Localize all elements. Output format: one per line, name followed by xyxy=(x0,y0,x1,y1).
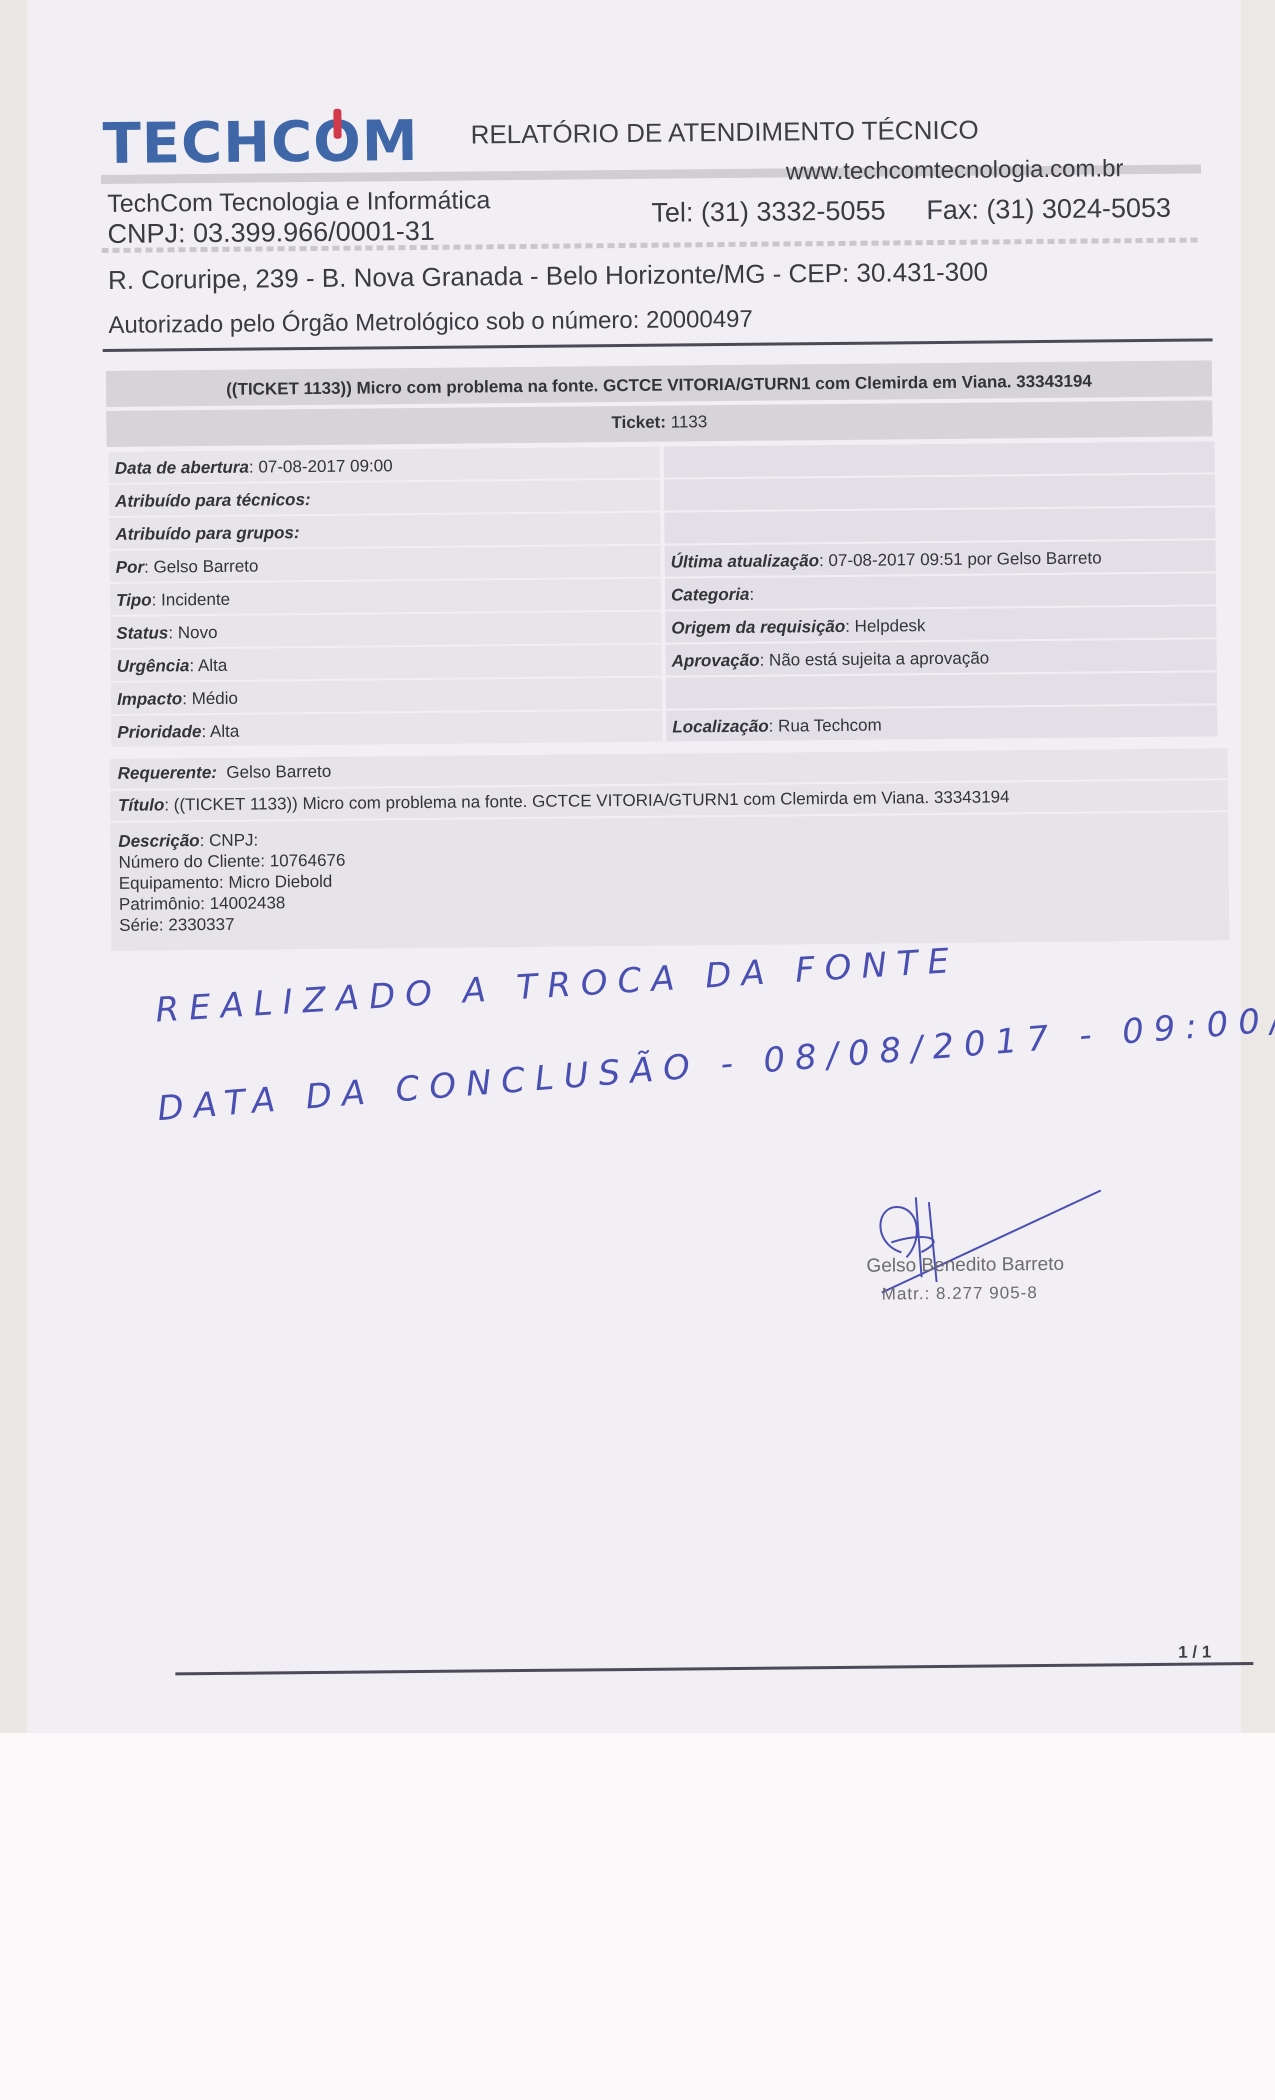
field-empty xyxy=(664,441,1215,477)
company-name: TechCom Tecnologia e Informática xyxy=(107,186,490,219)
fax: Fax: (31) 3024-5053 xyxy=(926,193,1171,226)
metrology-authorization: Autorizado pelo Órgão Metrológico sob o … xyxy=(108,306,753,340)
field-aprovacao: Aprovação: Não está sujeita a aprovação xyxy=(666,639,1217,675)
techcom-logo: TECHCOM xyxy=(102,114,418,173)
company-address: R. Coruripe, 239 - B. Nova Granada - Bel… xyxy=(108,257,988,296)
power-icon: O xyxy=(313,115,362,171)
website: www.techcomtecnologia.com.br xyxy=(786,155,1124,186)
signature-stamp-registration: Matr.: 8.277 905-8 xyxy=(882,1283,1038,1304)
ticket-label: Ticket: xyxy=(611,413,666,433)
signature-stamp-name: Gelso Benedito Barreto xyxy=(866,1254,1064,1278)
field-atribuido-grupos: Atribuído para grupos: xyxy=(109,513,660,549)
field-localizacao: Localização: Rua Techcom xyxy=(666,705,1217,741)
field-atribuido-tecnicos: Atribuído para técnicos: xyxy=(109,480,660,516)
footer-rule xyxy=(175,1662,1253,1675)
field-empty xyxy=(664,507,1215,543)
field-por: Por: Gelso Barreto xyxy=(110,546,661,582)
scanned-page: TECHCOM RELATÓRIO DE ATENDIMENTO TÉCNICO… xyxy=(27,0,1241,1733)
phone: Tel: (31) 3332-5055 xyxy=(651,195,885,228)
handwritten-note-service: REALIZADO A TROCA DA FONTE xyxy=(154,941,960,1031)
report-title: RELATÓRIO DE ATENDIMENTO TÉCNICO xyxy=(470,115,978,151)
ticket-fields-grid: Data de abertura: 07-08-2017 09:00 Atrib… xyxy=(107,440,1220,748)
field-data-abertura: Data de abertura: 07-08-2017 09:00 xyxy=(109,447,660,483)
field-categoria: Categoria: xyxy=(665,573,1216,609)
field-origem-requisicao: Origem da requisição: Helpdesk xyxy=(665,606,1216,642)
field-empty xyxy=(666,672,1217,708)
field-descricao: Descrição: CNPJ: Número do Cliente: 1076… xyxy=(110,812,1229,951)
field-impacto: Impacto: Médio xyxy=(111,678,662,714)
field-tipo: Tipo: Incidente xyxy=(110,579,661,615)
page-number: 1 / 1 xyxy=(1178,1642,1211,1662)
field-empty xyxy=(664,474,1215,510)
field-prioridade: Prioridade: Alta xyxy=(111,711,662,747)
field-urgencia: Urgência: Alta xyxy=(111,645,662,681)
header-rule xyxy=(103,338,1213,352)
ticket-title-band: ((TICKET 1133)) Micro com problema na fo… xyxy=(106,360,1212,407)
field-status: Status: Novo xyxy=(110,612,661,648)
ticket-number-band: Ticket: 1133 xyxy=(106,400,1212,447)
field-ultima-atualizacao: Última atualização: 07-08-2017 09:51 por… xyxy=(665,540,1216,576)
ticket-number: 1133 xyxy=(671,412,708,431)
